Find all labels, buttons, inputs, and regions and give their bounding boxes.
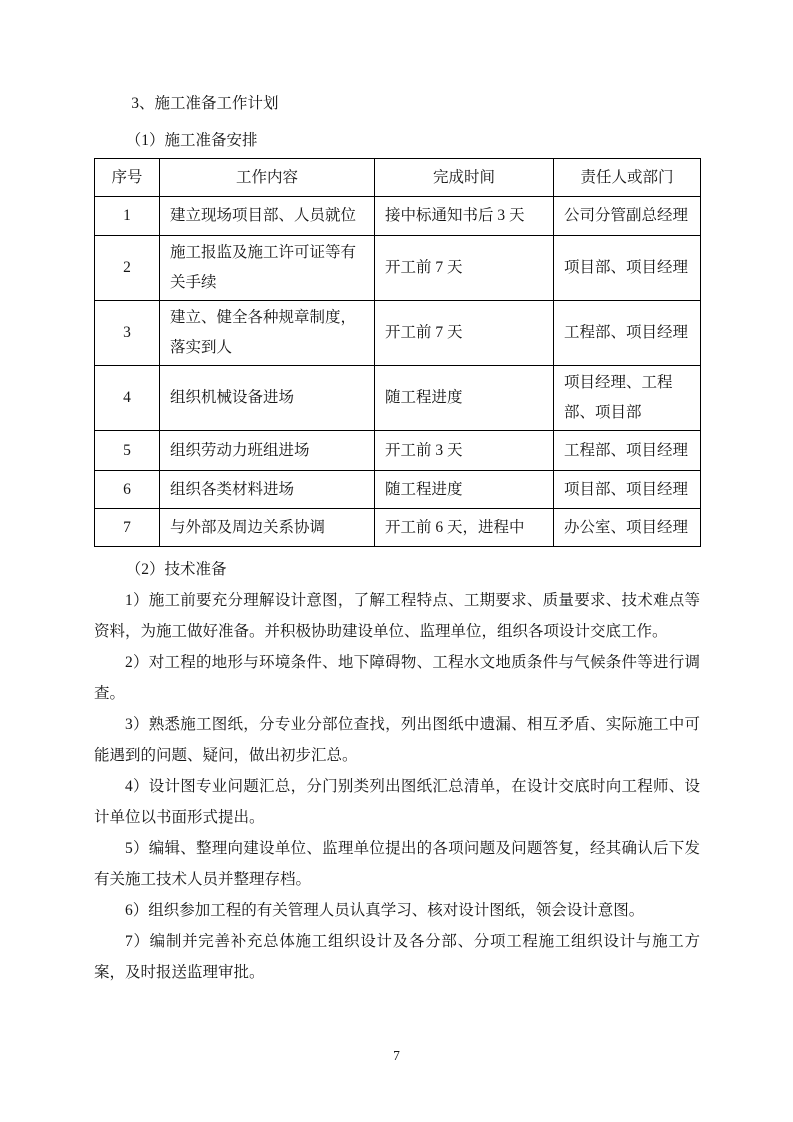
cell-seq: 5: [95, 431, 160, 471]
cell-work-content: 组织劳动力班组进场: [160, 431, 375, 471]
cell-responsible: 项目部、项目经理: [554, 236, 701, 301]
cell-seq: 3: [95, 301, 160, 366]
cell-seq: 6: [95, 471, 160, 509]
table-row: 3 建立、健全各种规章制度，落实到人 开工前 7 天 工程部、项目经理: [95, 301, 701, 366]
cell-seq: 1: [95, 197, 160, 236]
cell-completion-time: 开工前 3 天: [375, 431, 554, 471]
cell-responsible: 项目经理、工程部、项目部: [554, 366, 701, 431]
table-row: 6 组织各类材料进场 随工程进度 项目部、项目经理: [95, 471, 701, 509]
cell-responsible: 公司分管副总经理: [554, 197, 701, 236]
cell-seq: 7: [95, 509, 160, 547]
col-header-work-content: 工作内容: [160, 159, 375, 197]
table-row: 2 施工报监及施工许可证等有关手续 开工前 7 天 项目部、项目经理: [95, 236, 701, 301]
cell-completion-time: 接中标通知书后 3 天: [375, 197, 554, 236]
tech-prep-paragraph-4: 4）设计图专业问题汇总，分门别类列出图纸汇总清单，在设计交底时向工程师、设计单位…: [94, 771, 700, 833]
cell-work-content: 与外部及周边关系协调: [160, 509, 375, 547]
cell-work-content: 施工报监及施工许可证等有关手续: [160, 236, 375, 301]
cell-work-content: 建立、健全各种规章制度，落实到人: [160, 301, 375, 366]
tech-prep-paragraph-5: 5）编辑、整理向建设单位、监理单位提出的各项问题及问题答复，经其确认后下发有关施…: [94, 833, 700, 895]
tech-prep-paragraph-6: 6）组织参加工程的有关管理人员认真学习、核对设计图纸，领会设计意图。: [94, 895, 700, 926]
col-header-responsible: 责任人或部门: [554, 159, 701, 197]
subsection-heading-technical-prep: （2）技术准备: [94, 554, 700, 585]
tech-prep-paragraph-1: 1）施工前要充分理解设计意图，了解工程特点、工期要求、质量要求、技术难点等资料，…: [94, 585, 700, 647]
cell-completion-time: 开工前 7 天: [375, 301, 554, 366]
cell-completion-time: 随工程进度: [375, 471, 554, 509]
table-row: 5 组织劳动力班组进场 开工前 3 天 工程部、项目经理: [95, 431, 701, 471]
section-heading: 3、施工准备工作计划: [94, 88, 700, 119]
page-number: 7: [0, 1046, 793, 1066]
cell-seq: 4: [95, 366, 160, 431]
col-header-completion-time: 完成时间: [375, 159, 554, 197]
cell-seq: 2: [95, 236, 160, 301]
table-row: 1 建立现场项目部、人员就位 接中标通知书后 3 天 公司分管副总经理: [95, 197, 701, 236]
cell-responsible: 工程部、项目经理: [554, 301, 701, 366]
cell-responsible: 项目部、项目经理: [554, 471, 701, 509]
tech-prep-paragraph-7: 7）编制并完善补充总体施工组织设计及各分部、分项工程施工组织设计与施工方案，及时…: [94, 926, 700, 988]
cell-completion-time: 开工前 6 天，进程中: [375, 509, 554, 547]
col-header-seq: 序号: [95, 159, 160, 197]
tech-prep-paragraph-3: 3）熟悉施工图纸，分专业分部位查找，列出图纸中遗漏、相互矛盾、实际施工中可能遇到…: [94, 709, 700, 771]
cell-responsible: 工程部、项目经理: [554, 431, 701, 471]
table-row: 7 与外部及周边关系协调 开工前 6 天，进程中 办公室、项目经理: [95, 509, 701, 547]
document-content: 3、施工准备工作计划 （1）施工准备安排 序号 工作内容 完成时间 责任人或部门…: [94, 88, 700, 988]
subsection-heading-prep-arrangement: （1）施工准备安排: [94, 125, 700, 156]
table-row: 4 组织机械设备进场 随工程进度 项目经理、工程部、项目部: [95, 366, 701, 431]
table-header-row: 序号 工作内容 完成时间 责任人或部门: [95, 159, 701, 197]
cell-work-content: 组织机械设备进场: [160, 366, 375, 431]
cell-work-content: 建立现场项目部、人员就位: [160, 197, 375, 236]
preparation-schedule-table: 序号 工作内容 完成时间 责任人或部门 1 建立现场项目部、人员就位 接中标通知…: [94, 158, 701, 547]
cell-responsible: 办公室、项目经理: [554, 509, 701, 547]
cell-work-content: 组织各类材料进场: [160, 471, 375, 509]
cell-completion-time: 随工程进度: [375, 366, 554, 431]
cell-completion-time: 开工前 7 天: [375, 236, 554, 301]
tech-prep-paragraph-2: 2）对工程的地形与环境条件、地下障碍物、工程水文地质条件与气候条件等进行调查。: [94, 647, 700, 709]
document-page: 3、施工准备工作计划 （1）施工准备安排 序号 工作内容 完成时间 责任人或部门…: [0, 0, 793, 1122]
